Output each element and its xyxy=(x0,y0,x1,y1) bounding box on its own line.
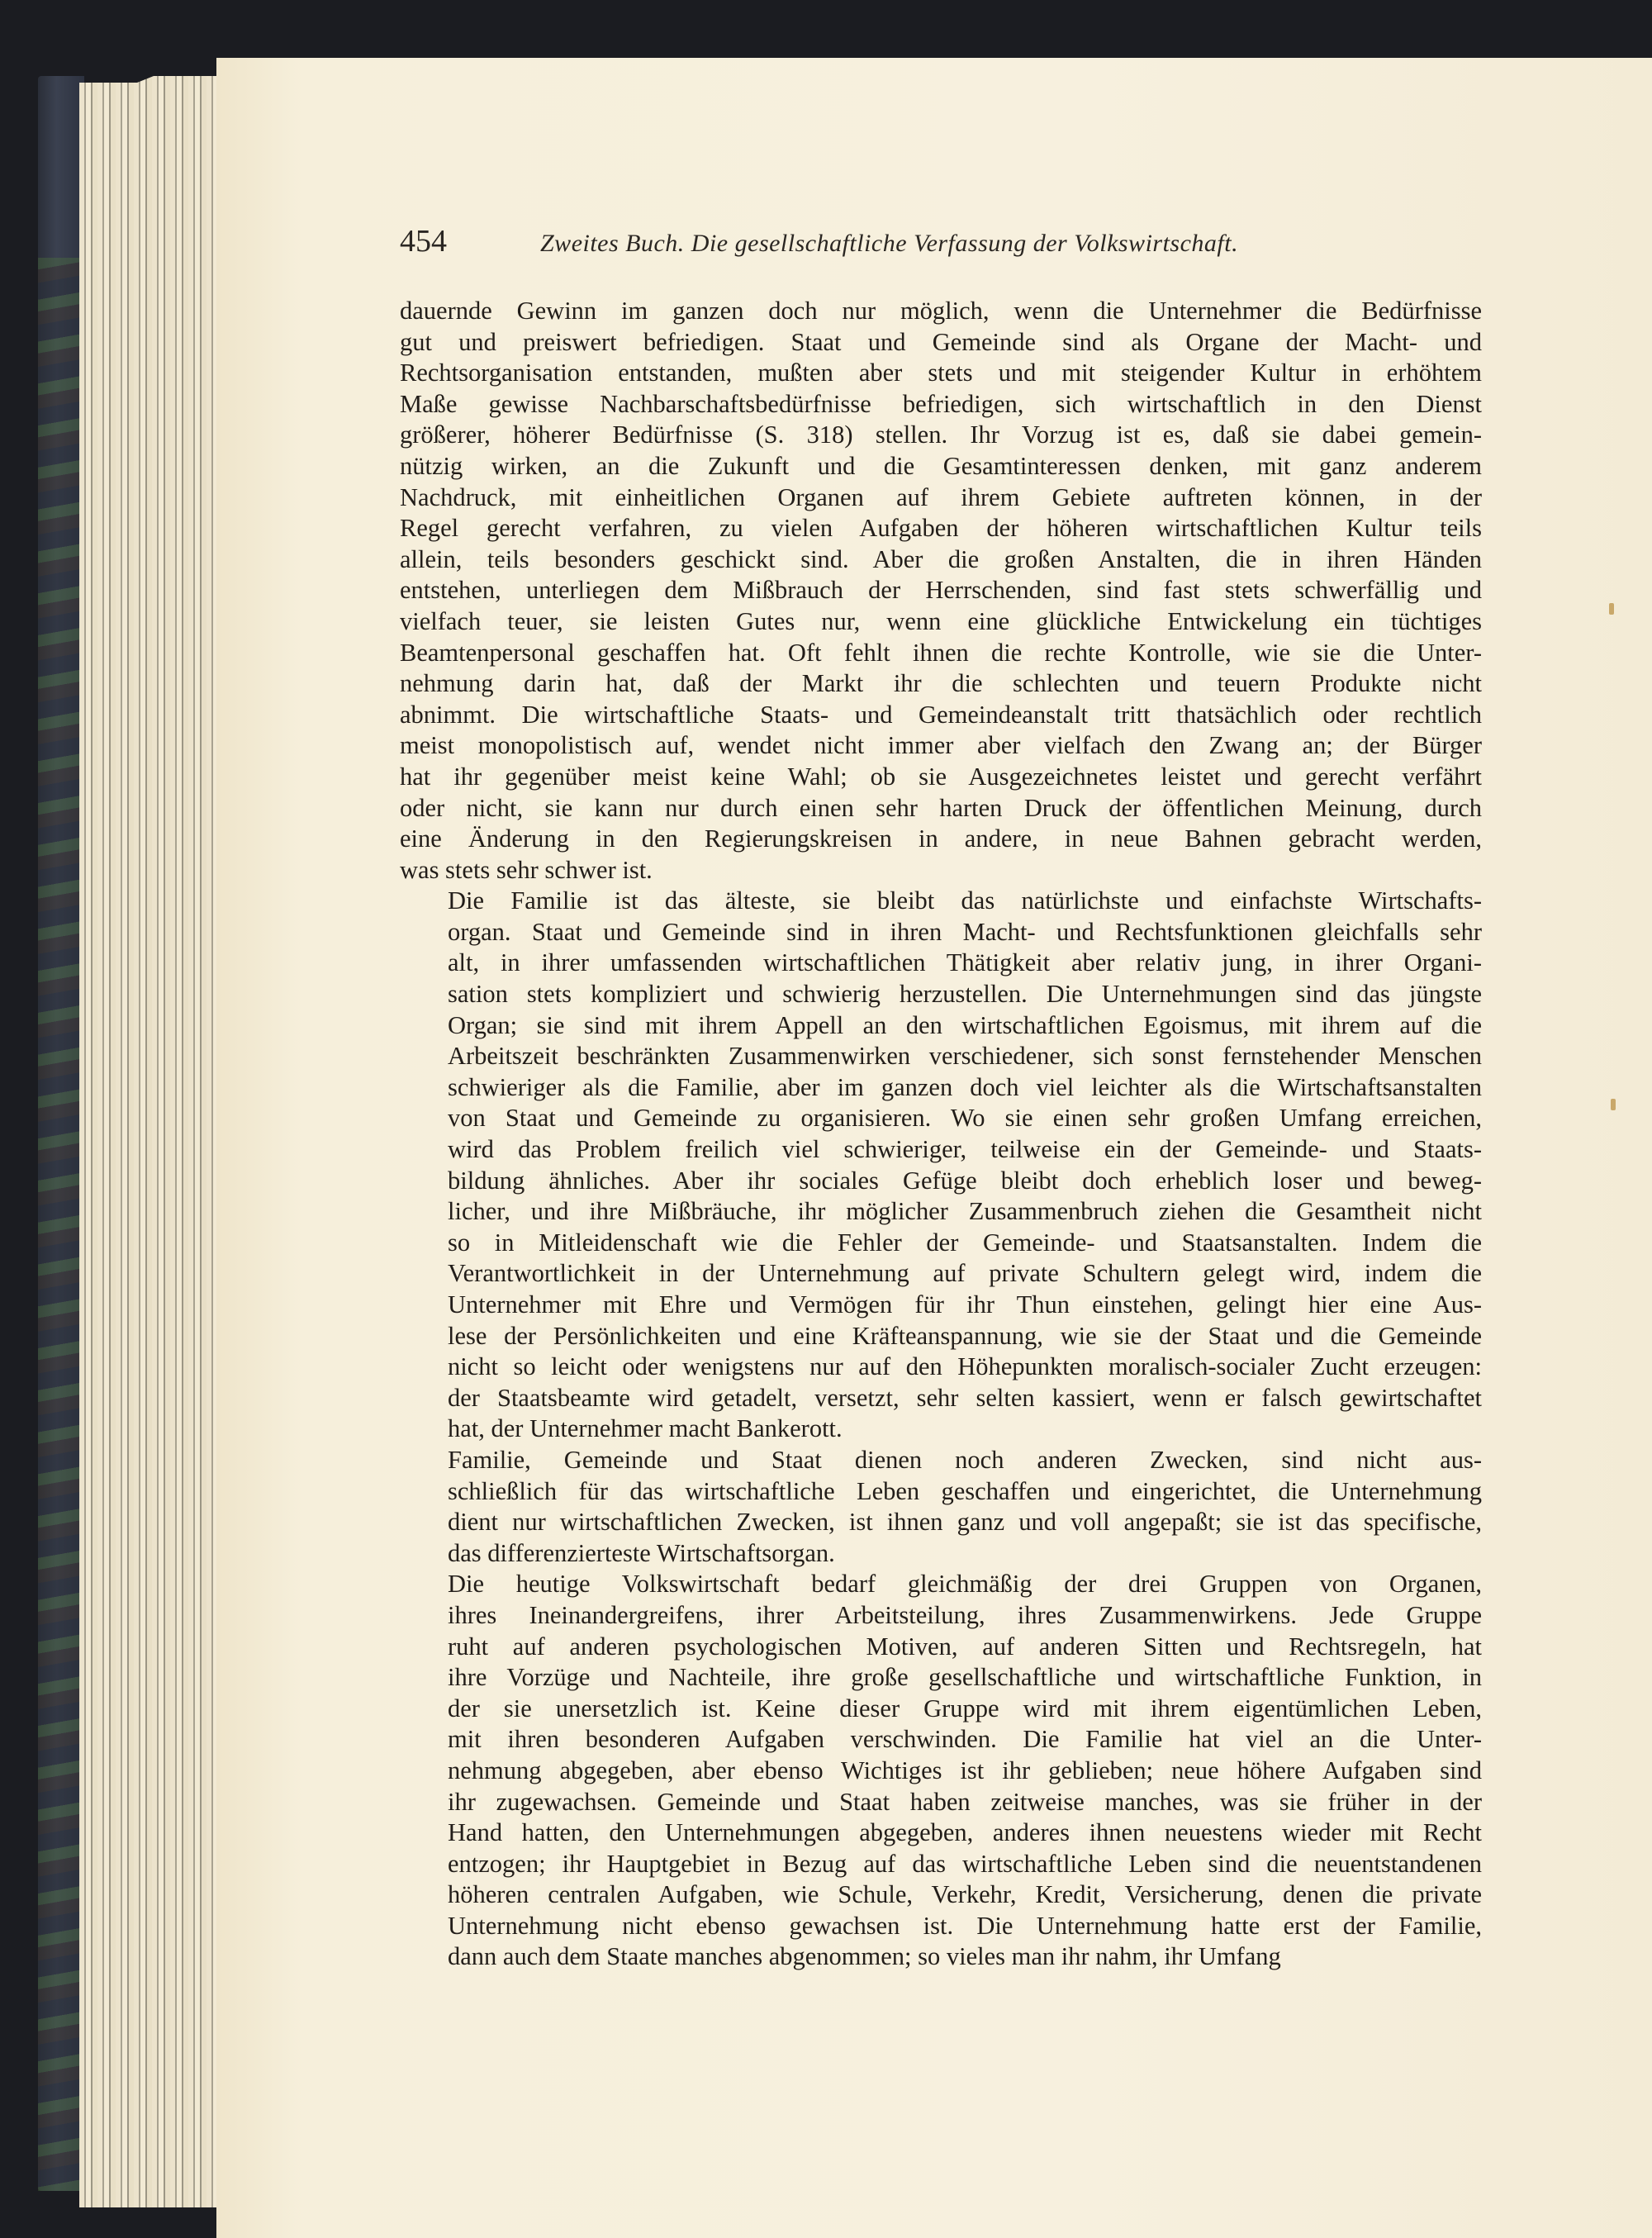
marbled-cover xyxy=(38,258,84,2191)
page-edges xyxy=(79,76,220,2207)
text-line: sation stets kompliziert und schwierig h… xyxy=(400,979,1482,1010)
text-block: 454 Zweites Buch. Die gesellschaftliche … xyxy=(400,223,1482,1973)
paragraph: Die heutige Volkswirtschaft bedarf gleic… xyxy=(400,1569,1482,1973)
text-line: Verantwortlichkeit in der Unternehmung a… xyxy=(400,1258,1482,1290)
text-line: Organ; sie sind mit ihrem Appell an den … xyxy=(400,1010,1482,1042)
text-line: entzogen; ihr Hauptgebiet in Bezug auf d… xyxy=(400,1849,1482,1880)
text-line: Hand hatten, den Unternehmungen abgegebe… xyxy=(400,1817,1482,1849)
paragraph: Die Familie ist das älteste, sie bleibt … xyxy=(400,886,1482,1445)
text-line: Die heutige Volkswirtschaft bedarf gleic… xyxy=(400,1569,1482,1600)
margin-mark xyxy=(1611,1099,1616,1110)
text-line: schwieriger als die Familie, aber im gan… xyxy=(400,1072,1482,1104)
text-line: vielfach teuer, sie leisten Gutes nur, w… xyxy=(400,606,1482,638)
text-line: ihres Ineinandergreifens, ihrer Arbeitst… xyxy=(400,1600,1482,1632)
text-line: alt, in ihrer umfassenden wirtschaftlich… xyxy=(400,948,1482,979)
text-line: hat, der Unternehmer macht Bankerott. xyxy=(400,1414,1482,1445)
text-line: von Staat und Gemeinde zu organisieren. … xyxy=(400,1103,1482,1134)
text-line: der Staatsbeamte wird getadelt, versetzt… xyxy=(400,1383,1482,1414)
text-line: nehmung darin hat, daß der Markt ihr die… xyxy=(400,668,1482,700)
text-line: gut und preiswert befriedigen. Staat und… xyxy=(400,327,1482,359)
text-line: Die Familie ist das älteste, sie bleibt … xyxy=(400,886,1482,917)
text-line: Beamtenpersonal geschaffen hat. Oft fehl… xyxy=(400,638,1482,669)
text-line: höheren centralen Aufgaben, wie Schule, … xyxy=(400,1879,1482,1911)
text-line: nützig wirken, an die Zukunft und die Ge… xyxy=(400,451,1482,482)
text-line: Familie, Gemeinde und Staat dienen noch … xyxy=(400,1445,1482,1476)
text-line: bildung ähnliches. Aber ihr sociales Gef… xyxy=(400,1166,1482,1197)
text-line: entstehen, unterliegen dem Mißbrauch der… xyxy=(400,575,1482,606)
text-line: organ. Staat und Gemeinde sind in ihren … xyxy=(400,917,1482,948)
text-line: was stets sehr schwer ist. xyxy=(400,855,1482,886)
text-line: größerer, höherer Bedürfnisse (S. 318) s… xyxy=(400,420,1482,451)
page-number: 454 xyxy=(400,223,540,259)
text-line: mit ihren besonderen Aufgaben verschwind… xyxy=(400,1724,1482,1756)
running-head: 454 Zweites Buch. Die gesellschaftliche … xyxy=(400,223,1482,273)
text-line: dauernde Gewinn im ganzen doch nur mögli… xyxy=(400,296,1482,327)
text-line: eine Änderung in den Regierungskreisen i… xyxy=(400,824,1482,855)
text-line: Nachdruck, mit einheitlichen Organen auf… xyxy=(400,482,1482,514)
text-line: dann auch dem Staate manches abgenommen;… xyxy=(400,1941,1482,1973)
book-page: 454 Zweites Buch. Die gesellschaftliche … xyxy=(216,58,1652,2238)
text-line: allein, teils besonders geschickt sind. … xyxy=(400,544,1482,576)
text-line: licher, und ihre Mißbräuche, ihr möglich… xyxy=(400,1196,1482,1228)
text-line: dient nur wirtschaftlichen Zwecken, ist … xyxy=(400,1507,1482,1538)
text-line: wird das Problem freilich viel schwierig… xyxy=(400,1134,1482,1166)
text-line: ihr zugewachsen. Gemeinde und Staat habe… xyxy=(400,1787,1482,1818)
text-line: schließlich für das wirtschaftliche Lebe… xyxy=(400,1476,1482,1508)
text-line: meist monopolistisch auf, wendet nicht i… xyxy=(400,730,1482,762)
text-line: lese der Persönlichkeiten und eine Kräft… xyxy=(400,1321,1482,1352)
text-line: ihre Vorzüge und Nachteile, ihre große g… xyxy=(400,1662,1482,1694)
text-line: nicht so leicht oder wenigstens nur auf … xyxy=(400,1352,1482,1383)
text-line: Unternehmer mit Ehre und Vermögen für ih… xyxy=(400,1290,1482,1321)
book-cover-edge xyxy=(38,76,84,2191)
text-line: so in Mitleidenschaft wie die Fehler der… xyxy=(400,1228,1482,1259)
text-line: das differenzierteste Wirtschaftsorgan. xyxy=(400,1538,1482,1570)
text-line: ruht auf anderen psychologischen Motiven… xyxy=(400,1632,1482,1663)
text-line: Arbeitszeit beschränkten Zusammenwirken … xyxy=(400,1041,1482,1072)
running-head-title: Zweites Buch. Die gesellschaftliche Verf… xyxy=(540,230,1238,258)
margin-mark xyxy=(1609,603,1614,615)
paragraph: dauernde Gewinn im ganzen doch nur mögli… xyxy=(400,296,1482,886)
text-line: nehmung abgegeben, aber ebenso Wichtiges… xyxy=(400,1756,1482,1787)
text-line: oder nicht, sie kann nur durch einen seh… xyxy=(400,793,1482,824)
text-line: hat ihr gegenüber meist keine Wahl; ob s… xyxy=(400,762,1482,793)
text-line: Regel gerecht verfahren, zu vielen Aufga… xyxy=(400,513,1482,544)
paragraph: Familie, Gemeinde und Staat dienen noch … xyxy=(400,1445,1482,1569)
text-line: Unternehmung nicht ebenso gewachsen ist.… xyxy=(400,1911,1482,1942)
text-line: abnimmt. Die wirtschaftliche Staats- und… xyxy=(400,700,1482,731)
body-text: dauernde Gewinn im ganzen doch nur mögli… xyxy=(400,296,1482,1973)
text-line: der sie unersetzlich ist. Keine dieser G… xyxy=(400,1694,1482,1725)
text-line: Maße gewisse Nachbarschaftsbedürfnisse b… xyxy=(400,389,1482,421)
text-line: Rechtsorganisation entstanden, mußten ab… xyxy=(400,358,1482,389)
